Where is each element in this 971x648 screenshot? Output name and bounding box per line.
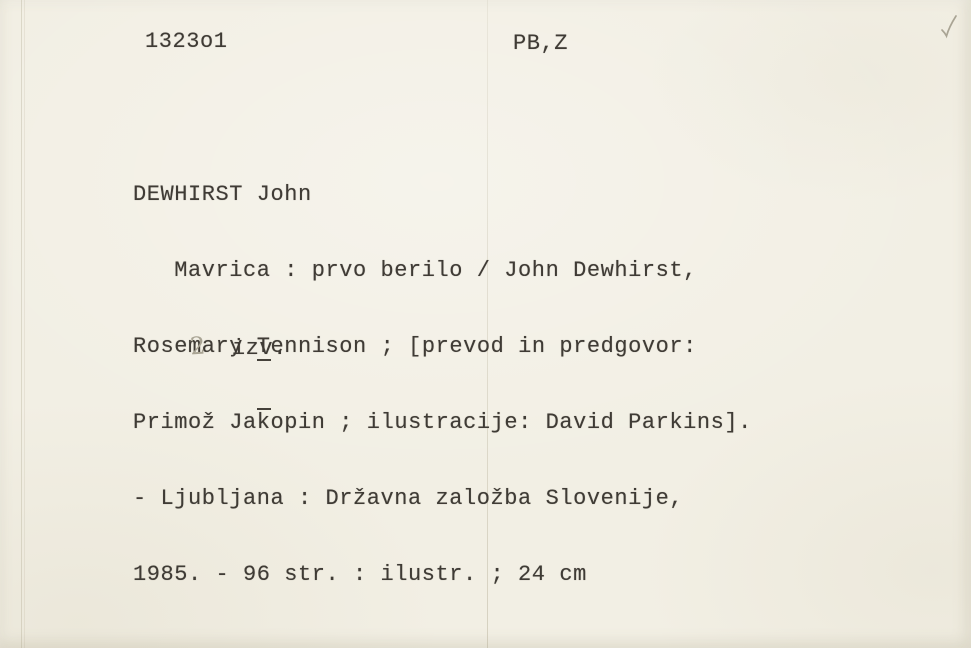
pencil-copy-count: 2 <box>189 331 207 360</box>
library-catalog-card: 1323o1 PB,Z DEWHIRST John Mavrica : prvo… <box>0 0 971 648</box>
translator-illustrator-line: Primož Jakopin ; ilustracije: David Park… <box>133 410 752 436</box>
title-statement-line: Mavrica : prvo berilo / John Dewhirst, <box>133 258 752 284</box>
call-number: 1323o1 <box>145 29 228 54</box>
imprint-line: - Ljubljana : Državna založba Slovenije, <box>133 486 752 512</box>
text-segment: Primož Ja <box>133 410 257 435</box>
copies-label: izv. <box>232 336 287 361</box>
copies-line: 2izv. <box>135 304 287 391</box>
text-segment: opin ; ilustracije: David Parkins]. <box>271 410 752 435</box>
left-margin-line-secondary <box>24 0 25 648</box>
author-heading-line: DEWHIRST John <box>133 182 752 208</box>
collation-line: 1985. - 96 str. : ilustr. ; 24 cm <box>133 562 752 588</box>
left-margin-line <box>21 0 22 648</box>
text-segment: ennison ; [prevod in predgovor: <box>271 334 697 359</box>
pencil-checkmark-icon <box>939 13 959 41</box>
classification-code: PB,Z <box>513 31 568 56</box>
overlined-letter: k <box>257 408 271 435</box>
